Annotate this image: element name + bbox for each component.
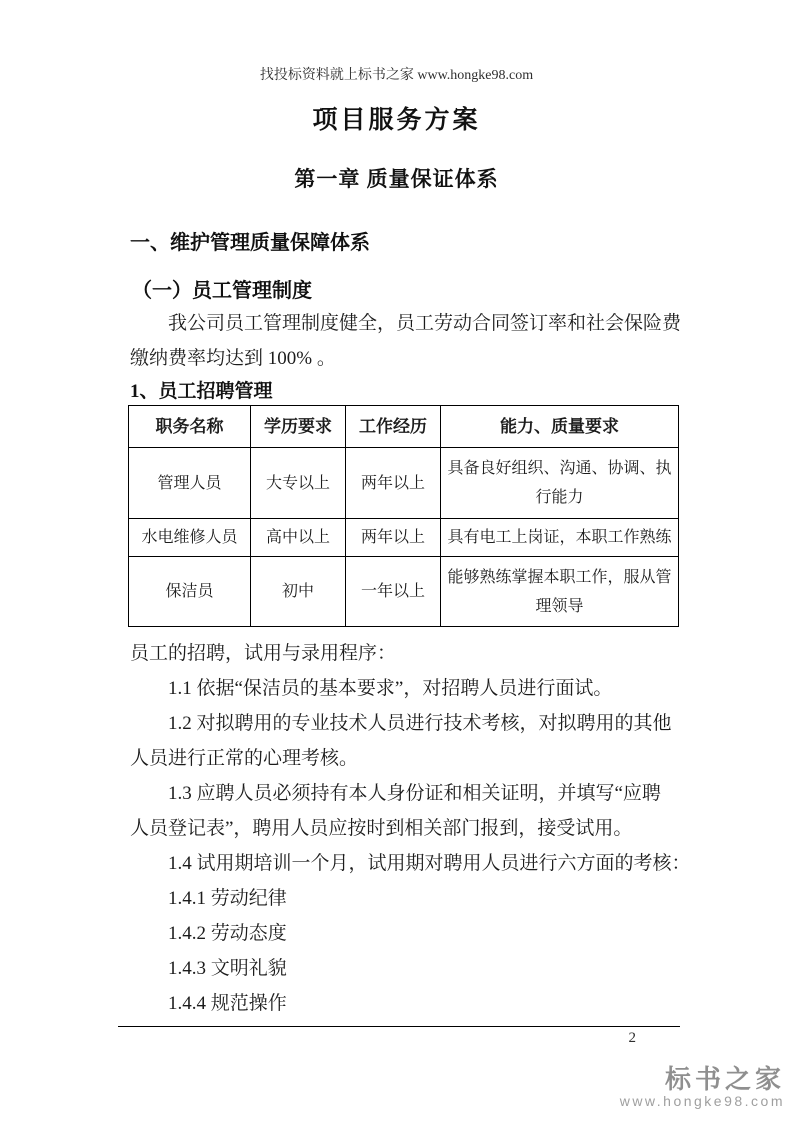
table-cell: 具备良好组织、沟通、协调、执行能力 [441, 448, 679, 519]
text-line: 1.4.2 劳动态度 [130, 916, 680, 951]
table-header-position: 职务名称 [129, 406, 251, 448]
table-cell: 初中 [251, 557, 346, 627]
text-line: 1.4.3 文明礼貌 [130, 951, 680, 986]
staff-requirements-table: 职务名称 学历要求 工作经历 能力、质量要求 管理人员 大专以上 两年以上 具备… [128, 405, 679, 627]
table-cell: 高中以上 [251, 519, 346, 557]
watermark: 标书之家 www.hongke98.com [620, 1065, 785, 1110]
text-line: 1.3 应聘人员必须持有本人身份证和相关证明，并填写“应聘 [130, 776, 680, 811]
table-header-ability: 能力、质量要求 [441, 406, 679, 448]
text-line: 1.2 对拟聘用的专业技术人员进行技术考核，对拟聘用的其他 [130, 706, 680, 741]
subsection-heading: （一）员工管理制度 [132, 274, 312, 303]
text-line: 1.1 依据“保洁员的基本要求”，对招聘人员进行面试。 [130, 671, 680, 706]
page-number: 2 [118, 1030, 636, 1047]
watermark-url-text: www.hongke98.com [620, 1093, 785, 1110]
table-cell: 两年以上 [346, 448, 441, 519]
table-cell: 能够熟练掌握本职工作，服从管理领导 [441, 557, 679, 627]
recruit-management-heading: 1、员工招聘管理 [130, 376, 273, 403]
text-line: 我公司员工管理制度健全，员工劳动合同签订率和社会保险费 [130, 306, 680, 341]
table-cell: 具有电工上岗证，本职工作熟练 [441, 519, 679, 557]
section-heading: 一、维护管理质量保障体系 [130, 226, 370, 255]
watermark-logo-text: 标书之家 [620, 1065, 785, 1093]
table-cell: 保洁员 [129, 557, 251, 627]
text-line: 1.4 试用期培训一个月，试用期对聘用人员进行六方面的考核： [130, 846, 680, 881]
document-page: 找投标资料就上标书之家 www.hongke98.com 项目服务方案 第一章 … [0, 0, 793, 1122]
text-line: 员工的招聘，试用与录用程序： [130, 636, 680, 671]
text-line: 人员进行正常的心理考核。 [130, 741, 680, 776]
table-cell: 水电维修人员 [129, 519, 251, 557]
text-line: 1.4.1 劳动纪律 [130, 881, 680, 916]
table-row: 管理人员 大专以上 两年以上 具备良好组织、沟通、协调、执行能力 [129, 448, 679, 519]
table-row: 保洁员 初中 一年以上 能够熟练掌握本职工作，服从管理领导 [129, 557, 679, 627]
procedure-paragraphs: 员工的招聘，试用与录用程序：1.1 依据“保洁员的基本要求”，对招聘人员进行面试… [130, 636, 680, 1021]
text-line: 缴纳费率均达到 100% 。 [130, 341, 680, 376]
table-header-row: 职务名称 学历要求 工作经历 能力、质量要求 [129, 406, 679, 448]
text-line: 1.4.4 规范操作 [130, 986, 680, 1021]
table-cell: 大专以上 [251, 448, 346, 519]
table-header-education: 学历要求 [251, 406, 346, 448]
table-cell: 管理人员 [129, 448, 251, 519]
table-cell: 两年以上 [346, 519, 441, 557]
intro-paragraph: 我公司员工管理制度健全，员工劳动合同签订率和社会保险费缴纳费率均达到 100% … [130, 306, 680, 376]
text-line: 人员登记表”，聘用人员应按时到相关部门报到，接受试用。 [130, 811, 680, 846]
table-cell: 一年以上 [346, 557, 441, 627]
content-column: 一、维护管理质量保障体系 （一）员工管理制度 我公司员工管理制度健全，员工劳动合… [118, 0, 680, 1122]
table-row: 水电维修人员 高中以上 两年以上 具有电工上岗证，本职工作熟练 [129, 519, 679, 557]
table-header-experience: 工作经历 [346, 406, 441, 448]
footer-divider [118, 1026, 680, 1027]
